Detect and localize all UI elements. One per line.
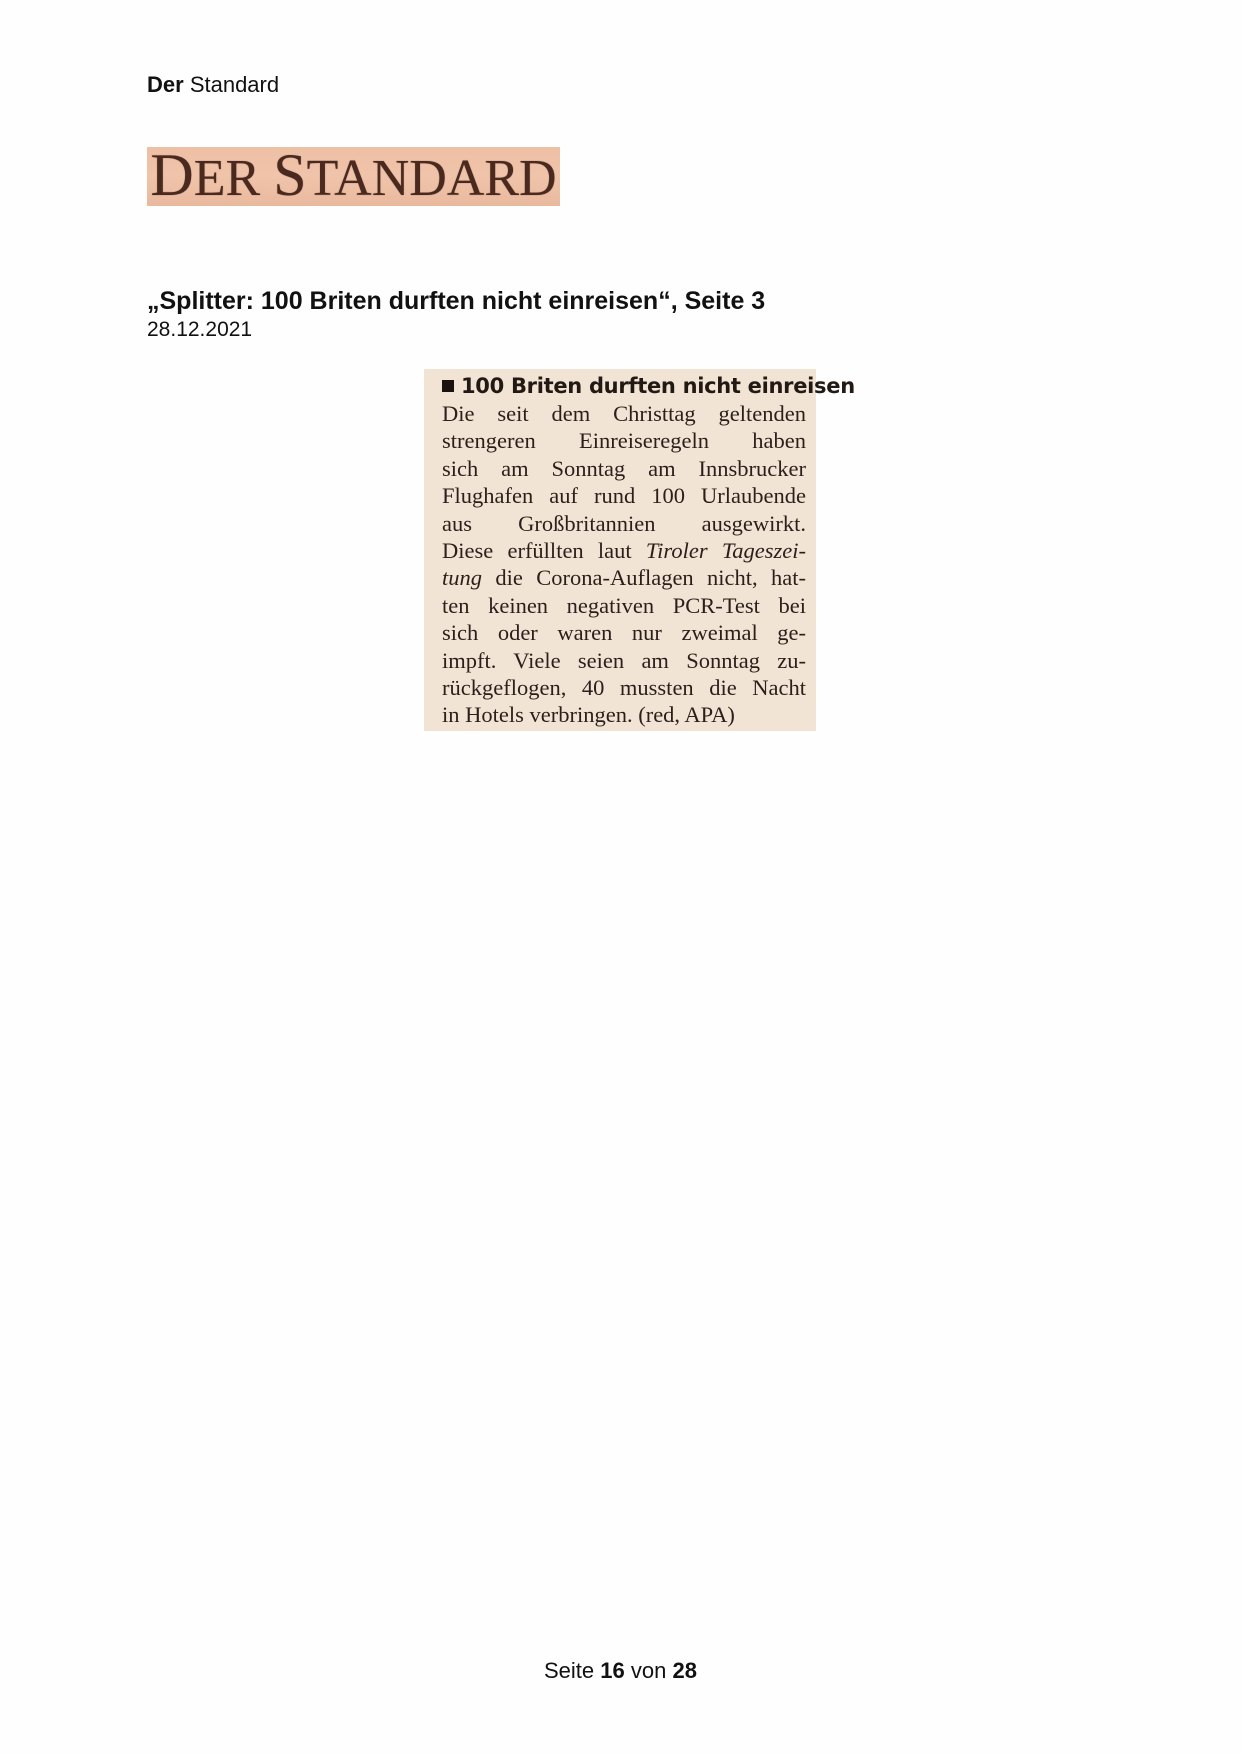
clipping-line: rückgeflogen, 40 mussten die Nacht [442,674,806,701]
article-date: 28.12.2021 [147,318,252,342]
page-footer: Seite 16 von 28 [0,1658,1241,1684]
italic-source: Tiroler Tageszei- [646,538,806,563]
clipping-line: ten keinen negativen PCR-Test bei [442,592,806,619]
clipping-line: Diese erfüllten laut Tiroler Tageszei- [442,537,806,564]
clipping-line: sich am Sonntag am Innsbrucker [442,455,806,482]
source-label-bold: Der [147,72,184,97]
clipping-body: Die seit dem Christtag geltenden strenge… [442,400,806,729]
clipping-line: in Hotels verbringen. (red, APA) [442,701,806,728]
clipping-line: aus Großbritannien ausgewirkt. [442,510,806,537]
clipping-line: tung die Corona-Auflagen nicht, hat- [442,564,806,591]
clipping-line: strengeren Einreiseregeln haben [442,427,806,454]
italic-source: tung [442,565,482,590]
newspaper-logo: DER STANDARD [147,147,560,206]
clipping-headline: 100 Briten durften nicht einreisen [442,373,806,400]
current-page-number: 16 [600,1658,624,1683]
article-title: „Splitter: 100 Briten durften nicht einr… [147,286,765,316]
clipping-line: sich oder waren nur zweimal ge- [442,619,806,646]
source-label: Der Standard [147,72,279,98]
clipping-line: Die seit dem Christtag geltenden [442,400,806,427]
total-pages-number: 28 [673,1658,697,1683]
source-label-regular: Standard [190,72,279,97]
newspaper-clipping: 100 Briten durften nicht einreisen Die s… [424,369,816,731]
square-bullet-icon [442,380,454,392]
clipping-line: Flughafen auf rund 100 Urlaubende [442,482,806,509]
clipping-line: impft. Viele seien am Sonntag zu- [442,647,806,674]
logo-text: DER STANDARD [150,149,556,205]
